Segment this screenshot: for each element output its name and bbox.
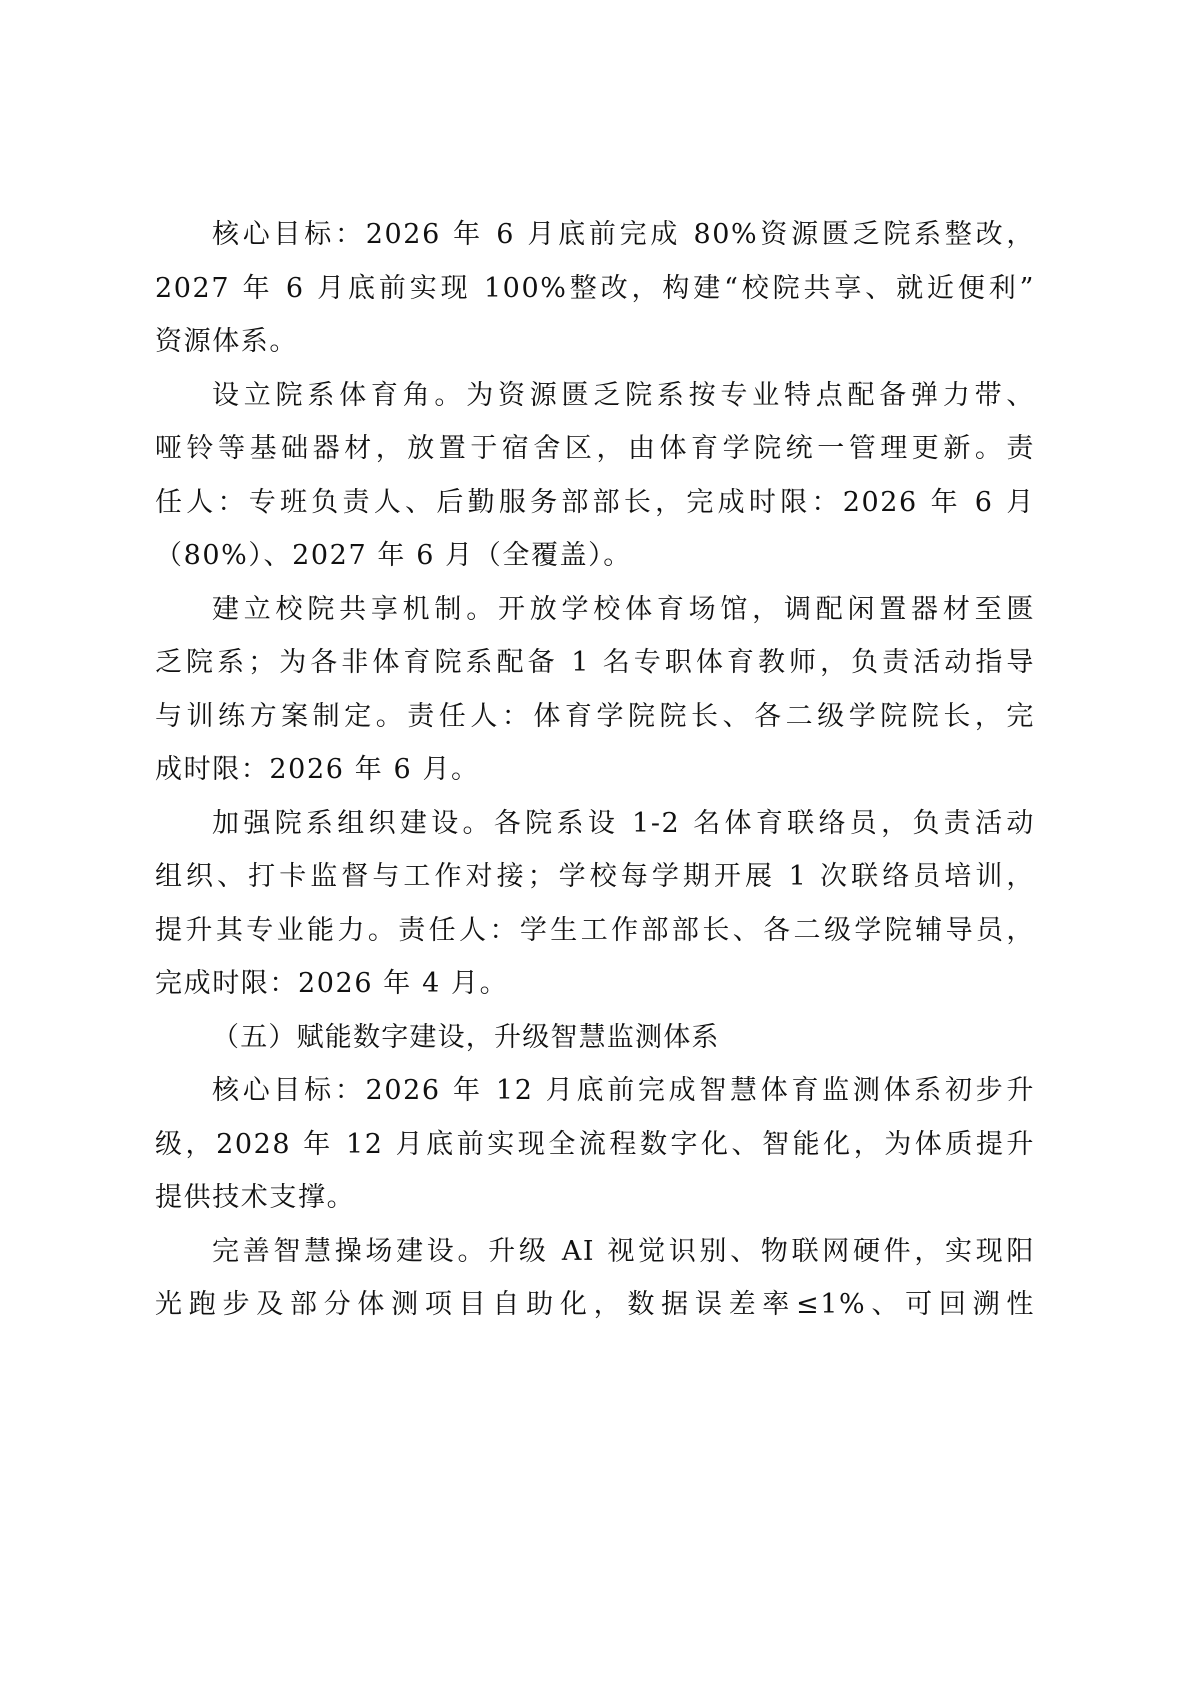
paragraph-shared-mechanism: 建立校院共享机制。开放学校体育场馆，调配闲置器材至匮 乏院系；为各非体育院系配备… <box>155 583 1035 797</box>
document-body: 核心目标：2026 年 6 月底前完成 80%资源匮乏院系整改， 2027 年 … <box>155 208 1035 1332</box>
text-line: 完成时限：2026 年 4 月。 <box>155 957 1035 1011</box>
text-line: 哑铃等基础器材，放置于宿舍区，由体育学院统一管理更新。责 <box>155 422 1035 476</box>
section-heading: （五）赋能数字建设，升级智慧监测体系 <box>155 1011 1035 1065</box>
document-page: 核心目标：2026 年 6 月底前完成 80%资源匮乏院系整改， 2027 年 … <box>0 0 1191 1684</box>
text-line: 建立校院共享机制。开放学校体育场馆，调配闲置器材至匮 <box>155 583 1035 637</box>
text-line: 完善智慧操场建设。升级 AI 视觉识别、物联网硬件，实现阳 <box>155 1225 1035 1279</box>
text-line: 核心目标：2026 年 12 月底前完成智慧体育监测体系初步升 <box>155 1064 1035 1118</box>
paragraph-core-goal-digital: 核心目标：2026 年 12 月底前完成智慧体育监测体系初步升 级，2028 年… <box>155 1064 1035 1225</box>
section-heading-digital-construction: （五）赋能数字建设，升级智慧监测体系 <box>155 1011 1035 1065</box>
text-line: 资源体系。 <box>155 315 1035 369</box>
text-line: 提升其专业能力。责任人：学生工作部部长、各二级学院辅导员， <box>155 904 1035 958</box>
text-line: 核心目标：2026 年 6 月底前完成 80%资源匮乏院系整改， <box>155 208 1035 262</box>
text-line: 提供技术支撑。 <box>155 1171 1035 1225</box>
text-line: 与训练方案制定。责任人：体育学院院长、各二级学院院长，完 <box>155 690 1035 744</box>
text-line: 2027 年 6 月底前实现 100%整改，构建“校院共享、就近便利” <box>155 262 1035 316</box>
paragraph-smart-playground: 完善智慧操场建设。升级 AI 视觉识别、物联网硬件，实现阳 光跑步及部分体测项目… <box>155 1225 1035 1332</box>
paragraph-core-goal-resources: 核心目标：2026 年 6 月底前完成 80%资源匮乏院系整改， 2027 年 … <box>155 208 1035 369</box>
text-line: 加强院系组织建设。各院系设 1-2 名体育联络员，负责活动 <box>155 797 1035 851</box>
text-line: 组织、打卡监督与工作对接；学校每学期开展 1 次联络员培训， <box>155 850 1035 904</box>
paragraph-sports-corner: 设立院系体育角。为资源匮乏院系按专业特点配备弹力带、 哑铃等基础器材，放置于宿舍… <box>155 369 1035 583</box>
paragraph-organization-building: 加强院系组织建设。各院系设 1-2 名体育联络员，负责活动 组织、打卡监督与工作… <box>155 797 1035 1011</box>
text-line: （80%）、2027 年 6 月（全覆盖）。 <box>155 529 1035 583</box>
text-line: 光跑步及部分体测项目自助化，数据误差率≤1%、可回溯性 <box>155 1278 1035 1332</box>
text-line: 成时限：2026 年 6 月。 <box>155 743 1035 797</box>
text-line: 任人：专班负责人、后勤服务部部长，完成时限：2026 年 6 月 <box>155 476 1035 530</box>
text-line: 级，2028 年 12 月底前实现全流程数字化、智能化，为体质提升 <box>155 1118 1035 1172</box>
text-line: 乏院系；为各非体育院系配备 1 名专职体育教师，负责活动指导 <box>155 636 1035 690</box>
text-line: 设立院系体育角。为资源匮乏院系按专业特点配备弹力带、 <box>155 369 1035 423</box>
